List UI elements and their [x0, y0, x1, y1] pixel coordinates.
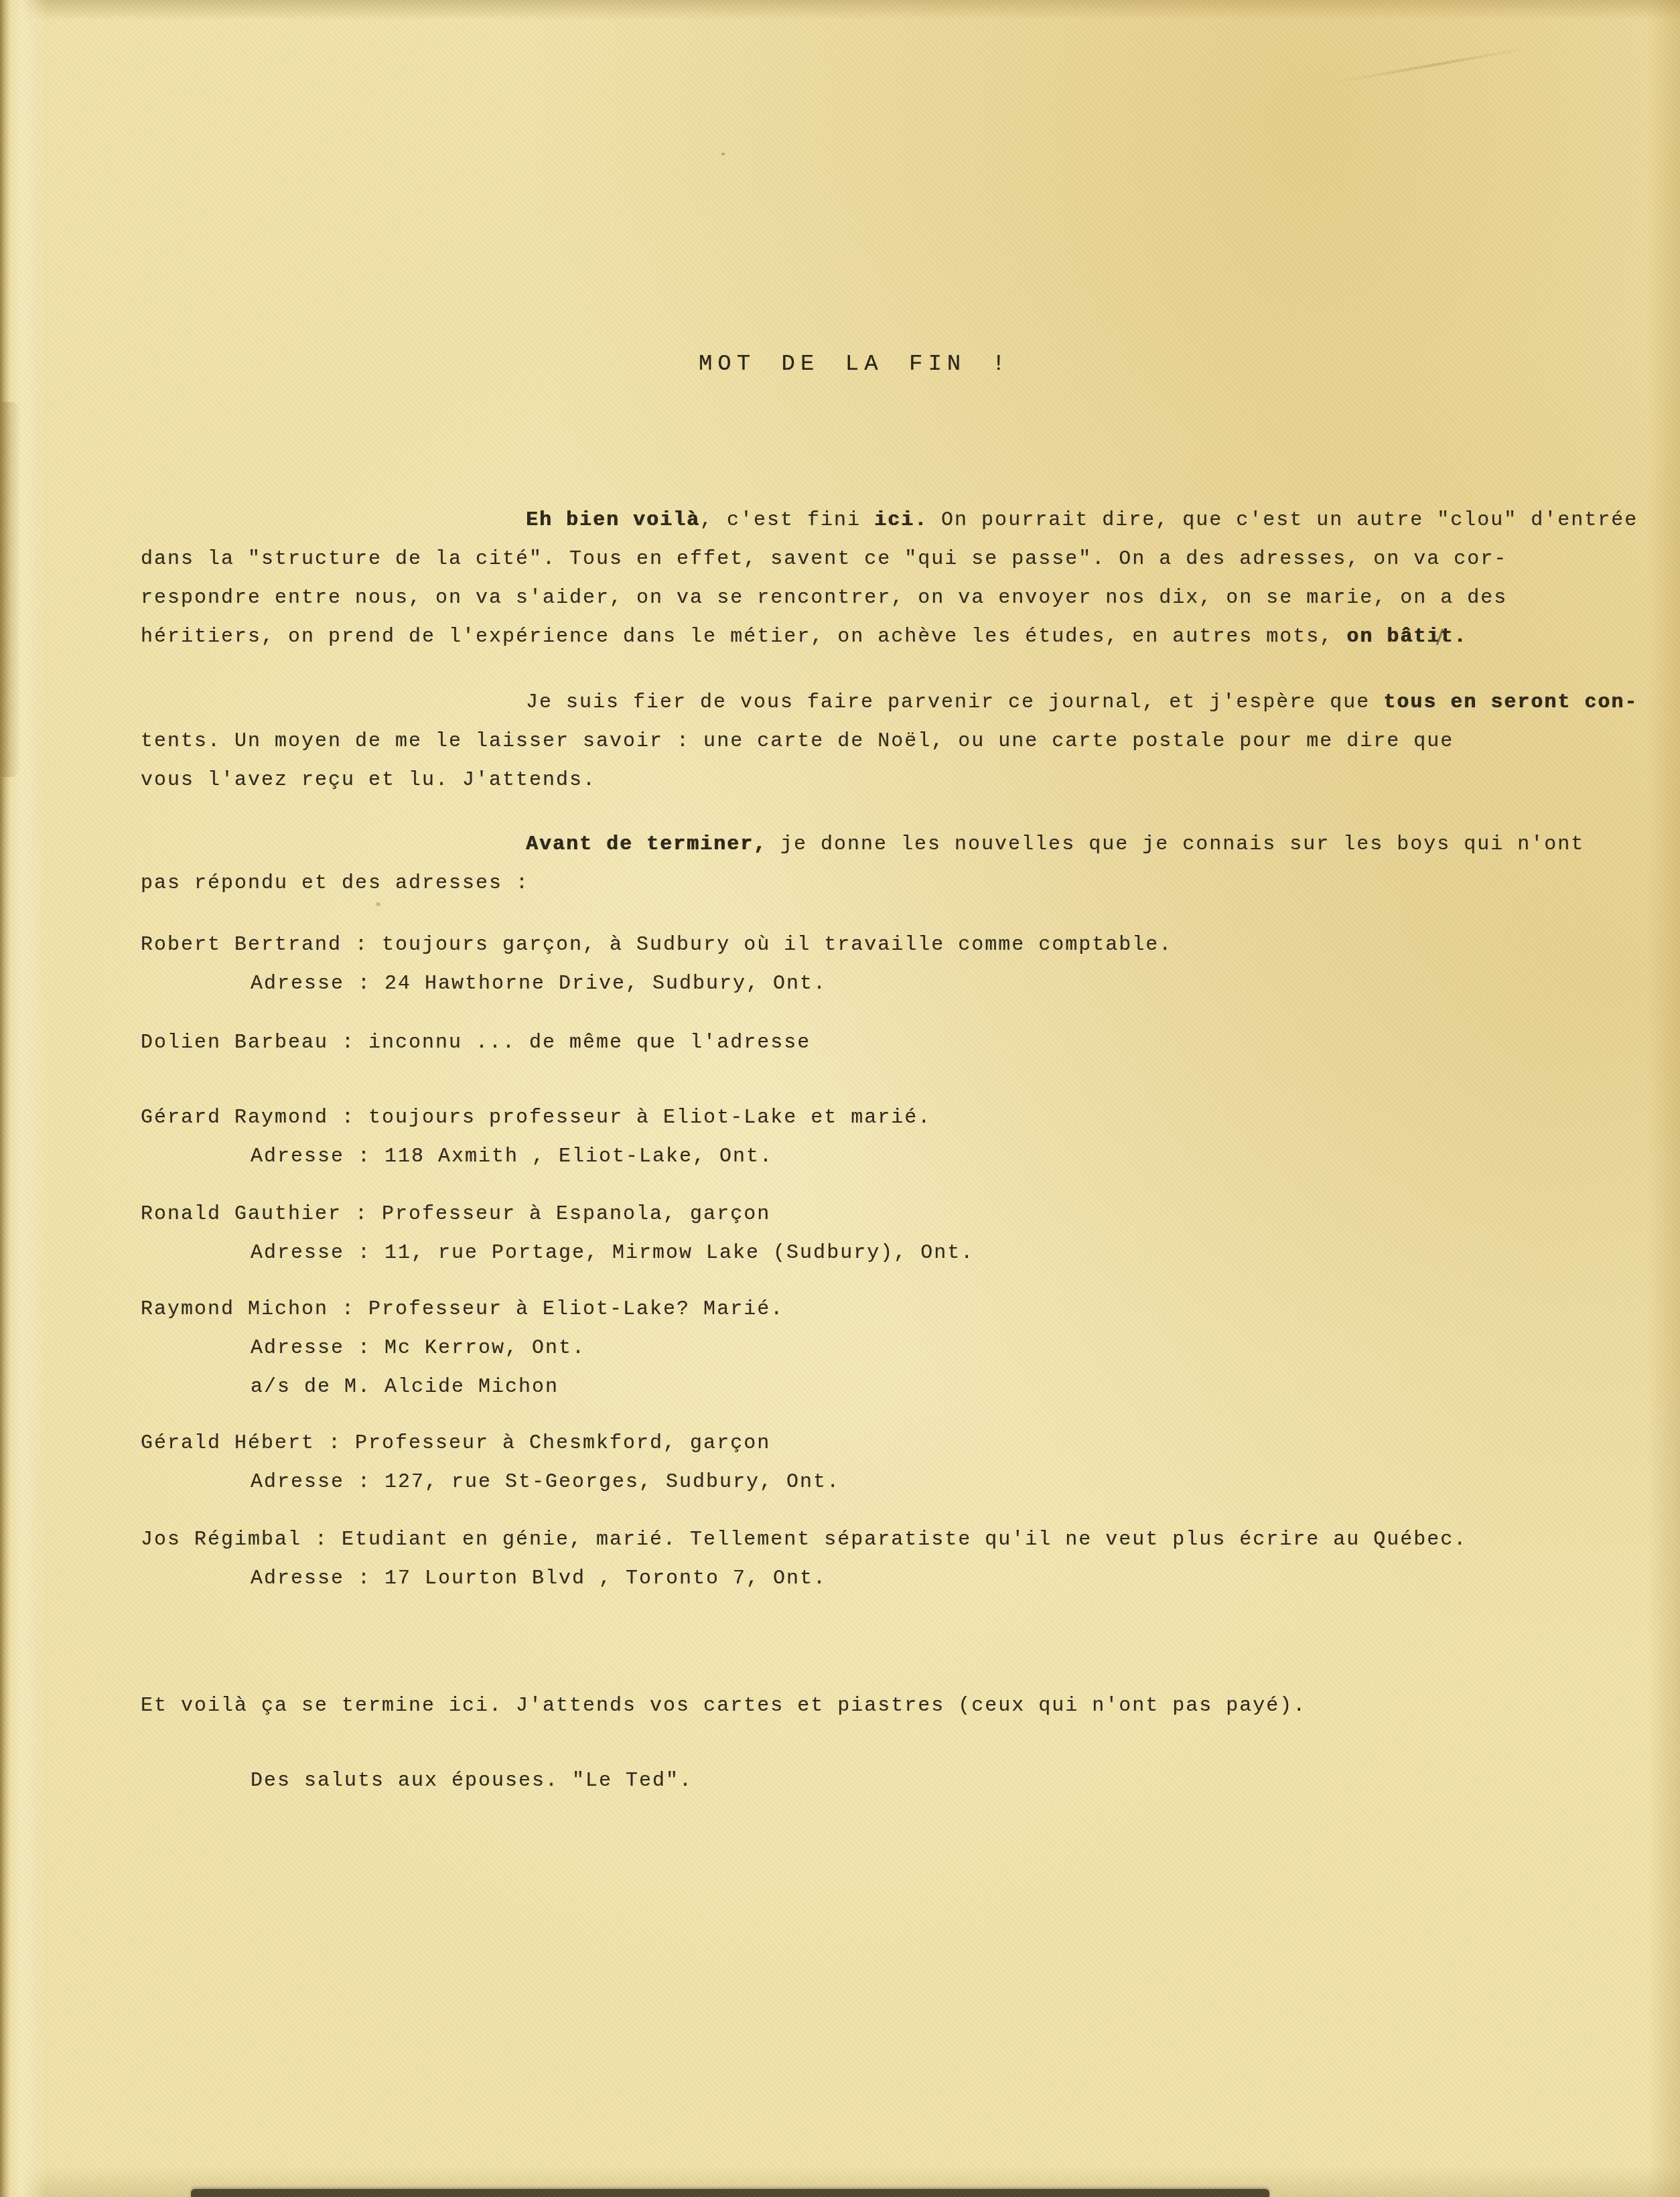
directory-entry: Gérald Hébert : Professeur à Chesmkford,…: [141, 1424, 1566, 1502]
text-run: héritiers, on prend de l'expérience dans…: [141, 626, 1346, 648]
entry-address-line: Adresse : Mc Kerrow, Ont.: [141, 1329, 1566, 1368]
entry-name-line: Robert Bertrand : toujours garçon, à Sud…: [141, 926, 1566, 965]
closing-text: Des saluts aux épouses. "Le Ted".: [141, 1762, 1566, 1800]
entry-address-line: Adresse : 11, rue Portage, Mirmow Lake (…: [141, 1234, 1566, 1273]
entry-address-line: Adresse : 17 Lourton Blvd , Toronto 7, O…: [141, 1559, 1566, 1598]
entry-address-line: Adresse : 127, rue St-Georges, Sudbury, …: [141, 1463, 1566, 1502]
bold-run: ici.: [874, 509, 928, 532]
directory-entry: Dolien Barbeau : inconnu ... de même que…: [141, 1023, 1566, 1062]
directory-entry: Raymond Michon : Professeur à Eliot-Lake…: [141, 1290, 1566, 1407]
text-run: je donne les nouvelles que je connais su…: [767, 833, 1584, 856]
paragraph-line: pas répondu et des adresses :: [141, 864, 1566, 903]
directory-entry: Gérard Raymond : toujours professeur à E…: [141, 1098, 1566, 1176]
paragraph-3: Avant de terminer, je donne les nouvelle…: [141, 825, 1566, 903]
page-title: MOT DE LA FIN !: [699, 352, 1011, 377]
paragraph-line: tents. Un moyen de me le laisser savoir …: [141, 722, 1566, 761]
entry-name-line: Ronald Gauthier : Professeur à Espanola,…: [141, 1195, 1566, 1234]
bold-run: tous en seront con-: [1383, 691, 1638, 714]
entry-name-line: Jos Régimbal : Etudiant en génie, marié.…: [141, 1520, 1566, 1559]
paragraph-line: vous l'avez reçu et lu. J'attends.: [141, 761, 1566, 800]
directory-entry: Jos Régimbal : Etudiant en génie, marié.…: [141, 1520, 1566, 1598]
text-run: Je suis fier de vous faire parvenir ce j…: [526, 691, 1383, 714]
directory-entry: Ronald Gauthier : Professeur à Espanola,…: [141, 1195, 1566, 1273]
paragraph-1: Eh bien voilà, c'est fini ici. On pourra…: [141, 501, 1566, 656]
bold-run: on bâtit.: [1346, 626, 1467, 648]
entry-name-line: Gérard Raymond : toujours professeur à E…: [141, 1098, 1566, 1137]
paragraph-line: Je suis fier de vous faire parvenir ce j…: [141, 683, 1566, 722]
bold-run: Avant de terminer,: [526, 833, 767, 856]
paragraph-line: dans la "structure de la cité". Tous en …: [141, 540, 1566, 579]
closing-line-2: Des saluts aux épouses. "Le Ted".: [141, 1762, 1566, 1800]
paragraph-line: héritiers, on prend de l'expérience dans…: [141, 618, 1566, 656]
entry-address-line: Adresse : 24 Hawthorne Drive, Sudbury, O…: [141, 965, 1566, 1003]
bold-run: Eh bien voilà: [526, 509, 700, 532]
paper-crease: [1334, 46, 1533, 84]
paper-left-edge-shadow: [0, 402, 20, 777]
closing-text: Et voilà ça se termine ici. J'attends vo…: [141, 1687, 1566, 1725]
text-run: , c'est fini: [700, 509, 874, 532]
entry-careof-line: a/s de M. Alcide Michon: [141, 1368, 1566, 1407]
scan-bottom-edge: [191, 2189, 1269, 2197]
scanned-letter-page: MOT DE LA FIN ! Eh bien voilà, c'est fin…: [0, 0, 1680, 2197]
closing-line-1: Et voilà ça se termine ici. J'attends vo…: [141, 1687, 1566, 1725]
directory-entry: Robert Bertrand : toujours garçon, à Sud…: [141, 926, 1566, 1003]
paragraph-line: respondre entre nous, on va s'aider, on …: [141, 579, 1566, 618]
entry-name-line: Dolien Barbeau : inconnu ... de même que…: [141, 1023, 1566, 1062]
entry-name-line: Gérald Hébert : Professeur à Chesmkford,…: [141, 1424, 1566, 1463]
entry-address-line: Adresse : 118 Axmith , Eliot-Lake, Ont.: [141, 1137, 1566, 1176]
paragraph-line: Eh bien voilà, c'est fini ici. On pourra…: [141, 501, 1566, 540]
entry-name-line: Raymond Michon : Professeur à Eliot-Lake…: [141, 1290, 1566, 1329]
text-run: On pourrait dire, que c'est un autre "cl…: [928, 509, 1638, 532]
paragraph-line: Avant de terminer, je donne les nouvelle…: [141, 825, 1566, 864]
paper-stain-speck: [721, 153, 725, 155]
paragraph-2: Je suis fier de vous faire parvenir ce j…: [141, 683, 1566, 800]
